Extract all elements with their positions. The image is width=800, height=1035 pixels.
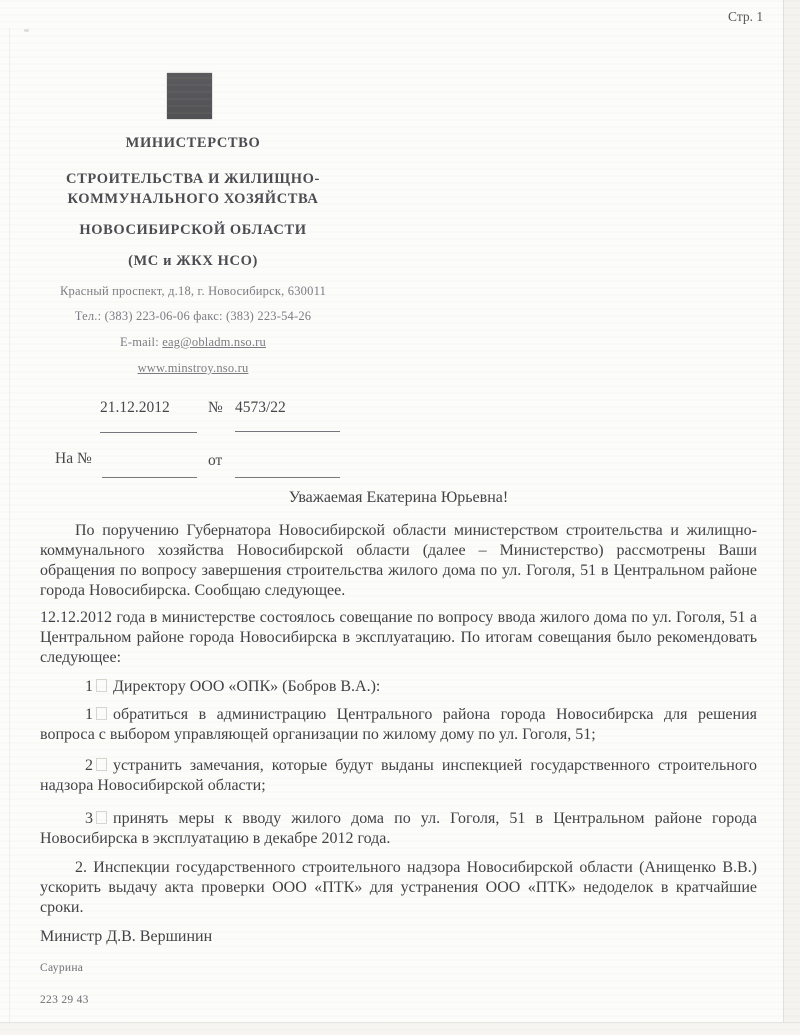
number-underline: [235, 431, 340, 432]
list-item-2: 1обратиться в администрацию Центрального…: [40, 705, 757, 745]
list-item-2-text: обратиться в администрацию Центрального …: [40, 706, 757, 743]
list-item-3: 2устранить замечания, которые будут выда…: [40, 756, 757, 796]
list-item-4: 3принять меры к вводу жилого дома по ул.…: [40, 809, 757, 849]
missing-glyph-box: [96, 707, 107, 720]
letter-number: 4573/22: [235, 399, 286, 417]
reply-number-underline: [102, 477, 197, 478]
org-name-line3: КОММУНАЛЬНОГО ХОЗЯЙСТВА: [13, 191, 373, 208]
body-paragraph-2: 12.12.2012 года в министерстве состоялос…: [40, 608, 757, 668]
list-item-4-text: принять меры к вводу жилого дома по ул. …: [40, 810, 757, 847]
list-item-1-text: Директору ООО «ОПК» (Бобров В.А.):: [113, 678, 380, 695]
reply-to-label: На №: [55, 450, 92, 468]
missing-glyph-box: [96, 811, 107, 824]
list-item-1: 1Директору ООО «ОПК» (Бобров В.А.):: [40, 677, 757, 697]
salutation: Уважаемая Екатерина Юрьевна!: [40, 488, 757, 508]
reply-date-underline: [235, 477, 340, 478]
scan-edge-line-bottom: [0, 1022, 800, 1023]
scan-edge-band-bottom: [0, 1023, 800, 1035]
page-number-label: Стр. 1: [728, 9, 763, 25]
org-phone-fax: Тел.: (383) 223-06-06 факс: (383) 223-54…: [13, 309, 373, 324]
org-address: Красный проспект, д.18, г. Новосибирск, …: [13, 284, 373, 299]
org-abbreviation: (МС и ЖКХ НСО): [13, 253, 373, 270]
org-name-line1: МИНИСТЕРСТВО: [13, 135, 373, 152]
body-paragraph-3-text: Инспекции государственного строительного…: [40, 859, 757, 916]
list-item-3-text: устранить замечания, которые будут выдан…: [40, 757, 757, 794]
letter-body: Уважаемая Екатерина Юрьевна! По поручени…: [40, 488, 757, 1010]
website-link[interactable]: www.minstroy.nso.ru: [138, 361, 249, 375]
reply-from-label: от: [208, 452, 222, 470]
org-name-line2: СТРОИТЕЛЬСТВА И ЖИЛИЩНО-: [13, 171, 373, 188]
list-item-3-number: 2: [85, 757, 93, 774]
body-paragraph-1: По поручению Губернатора Новосибирской о…: [40, 521, 757, 601]
list-item-4-number: 3: [85, 810, 93, 827]
scan-edge-strip-right: [784, 0, 800, 1035]
letter-date: 21.12.2012: [100, 399, 170, 417]
email-label: E-mail:: [120, 335, 162, 349]
missing-glyph-box: [96, 758, 107, 771]
org-website-line: www.minstroy.nso.ru: [13, 361, 373, 376]
executor-phone: 223 29 43: [40, 990, 757, 1010]
date-underline: [100, 432, 197, 433]
scan-edge-line-left: [9, 28, 10, 1035]
missing-glyph-box: [96, 679, 107, 692]
email-link[interactable]: eag@obladm.nso.ru: [162, 335, 266, 349]
executor-name: Саурина: [40, 958, 757, 978]
number-sign: №: [208, 399, 223, 417]
body-paragraph-3-number: 2.: [75, 859, 87, 876]
org-region-line: НОВОСИБИРСКОЙ ОБЛАСТИ: [13, 222, 373, 239]
org-email-line: E-mail: eag@obladm.nso.ru: [13, 335, 373, 350]
list-item-2-number: 1: [85, 706, 93, 723]
body-paragraph-3: 2. Инспекции государственного строительн…: [40, 858, 757, 918]
list-item-1-number: 1: [85, 678, 93, 695]
letterhead: МИНИСТЕРСТВО СТРОИТЕЛЬСТВА И ЖИЛИЩНО- КО…: [13, 0, 373, 400]
scanned-letter-page: Стр. 1 МИНИСТЕРСТВО СТРОИТЕЛЬСТВА И ЖИЛИ…: [0, 0, 800, 1035]
minister-signature-line: Министр Д.В. Вершинин: [40, 927, 757, 947]
